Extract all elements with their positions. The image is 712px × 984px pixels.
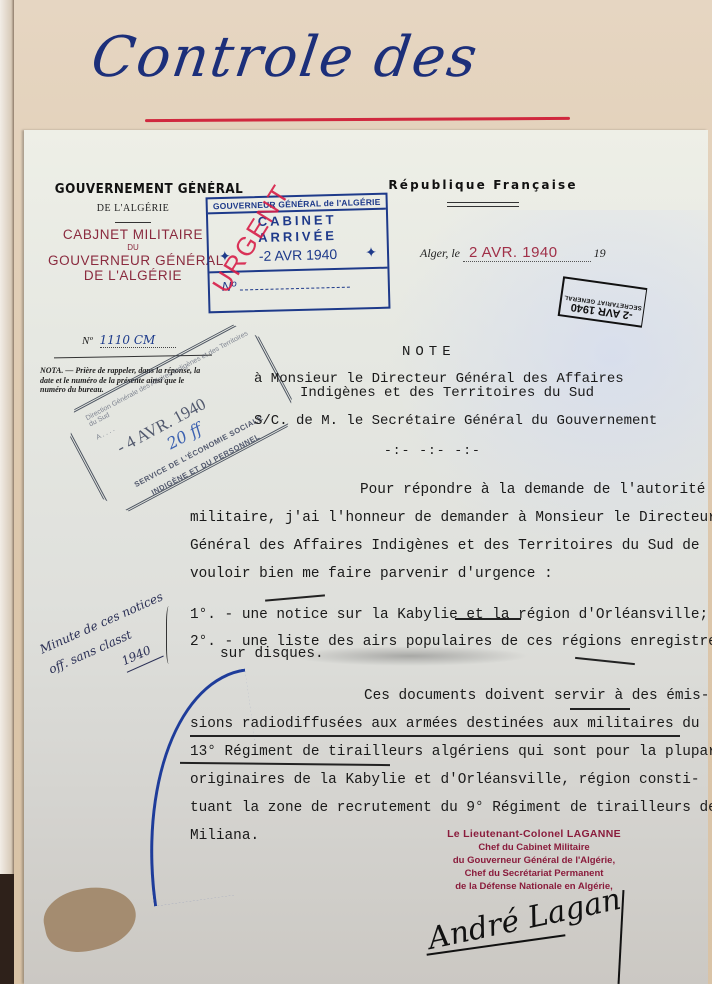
paragraph-2-line: originaires de la Kabylie et d'Orléansvi… [190, 772, 700, 788]
signatory-name: Le Lieutenant-Colonel LAGANNE [404, 828, 664, 841]
paragraph-2-line: tuant la zone de recrutement du 9° Régim… [190, 800, 712, 816]
paragraph-1-line: vouloir bien me faire parvenir d'urgence… [190, 566, 553, 582]
list-item: 1°. - une notice sur la Kabylie et la ré… [190, 607, 708, 623]
signatory-title-1: Chef du Cabinet Militaire [404, 841, 664, 854]
signatory-title-3: Chef du Secrétariat Permanent [404, 867, 664, 880]
handwritten-underline [570, 708, 630, 710]
note-title: NOTE [402, 344, 456, 360]
divider [115, 222, 151, 223]
handwritten-underline [190, 735, 680, 737]
via-line: S/C. de M. le Secrétaire Général du Gouv… [254, 413, 657, 429]
date-prefix: Alger, le [420, 246, 460, 260]
cabinet-line-3: DE L'ALGÉRIE [48, 268, 218, 283]
reference-label: Nº [82, 335, 93, 347]
separator: -:- -:- -:- [384, 443, 481, 458]
letterhead-left: GOUVERNEMENT GÉNÉRAL DE L'ALGÉRIE CABJNE… [48, 182, 218, 283]
government-title: GOUVERNEMENT GÉNÉRAL [55, 182, 211, 197]
reference-number: Nº 1110 CM [82, 333, 176, 348]
date-line: Alger, le 2 AVR. 1940 19 [420, 244, 632, 262]
cabinet-line-1: CABJNET MILITAIRE [48, 227, 218, 242]
paragraph-2-line: 13° Régiment de tirailleurs algériens qu… [190, 744, 712, 760]
paragraph-2-line: Ces documents doivent servir à des émis- [364, 688, 709, 704]
fleur-icon: ✦ [365, 244, 377, 261]
signatory-title-2: du Gouverneur Général de l'Algérie, [404, 854, 664, 867]
paragraph-1-line: militaire, j'ai l'honneur de demander à … [190, 510, 712, 526]
letterhead-right: République Française [358, 178, 608, 207]
double-divider [447, 202, 519, 207]
republic-title: République Française [358, 178, 608, 192]
paragraph-1-line: Général des Affaires Indigènes et des Te… [190, 538, 700, 554]
paragraph-2-line: sions radiodiffusées aux armées destinée… [190, 716, 700, 732]
ink-smudge [290, 646, 530, 666]
stamped-date: 2 AVR. 1940 [469, 244, 558, 261]
date-suffix: 19 [594, 246, 606, 260]
paragraph-1-line: Pour répondre à la demande de l'autorité [360, 482, 705, 498]
cabinet-line-2: GOUVERNEUR GÉNÉRAL [48, 253, 218, 268]
addressee-line-2: Indigènes et des Territoires du Sud [300, 385, 594, 401]
cabinet-du: DU [48, 243, 218, 252]
government-subtitle: DE L'ALGÉRIE [48, 203, 218, 214]
folder-title: Controle des Disques [85, 8, 639, 108]
handwritten-underline [455, 618, 521, 620]
reference-value: 1110 CM [100, 333, 176, 348]
date-field: 2 AVR. 1940 [463, 244, 591, 262]
stamp-number-field [240, 287, 350, 291]
stamp-date: -2 AVR 1940 [259, 245, 338, 263]
